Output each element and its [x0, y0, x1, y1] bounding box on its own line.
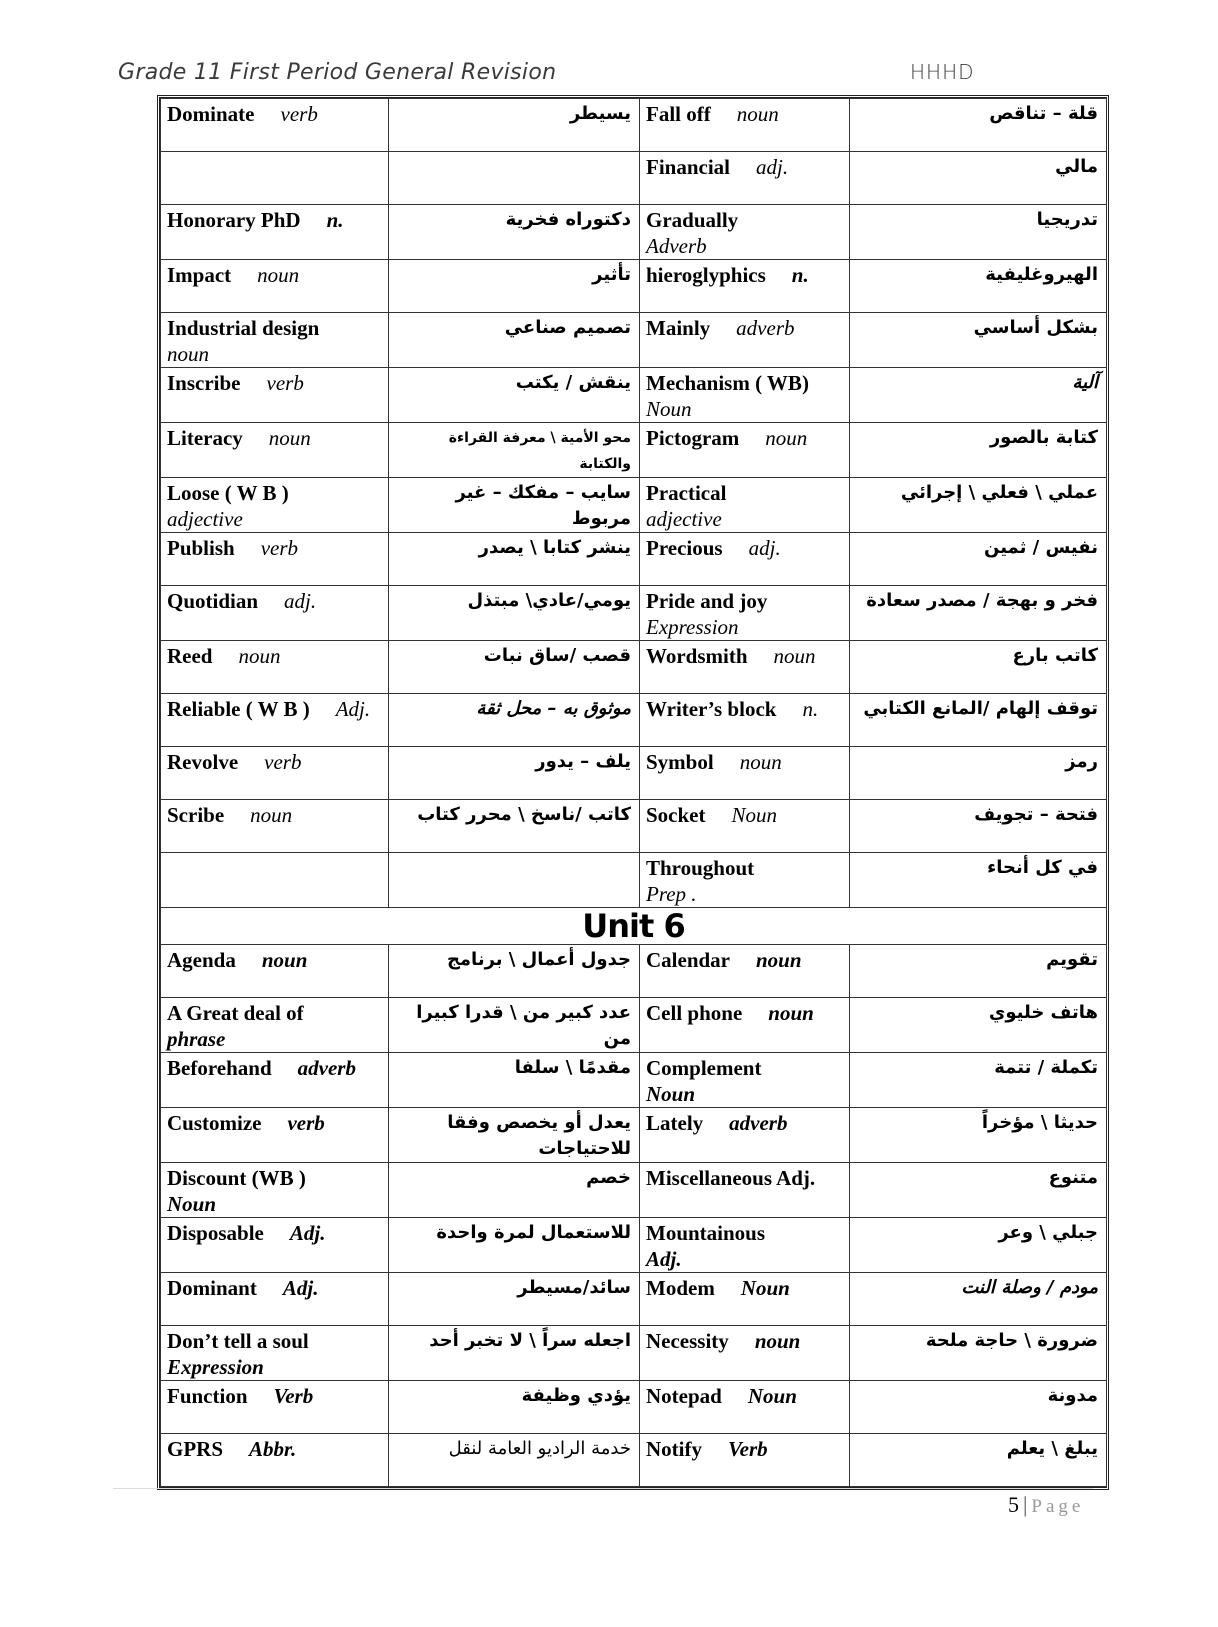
table-row: DominateverbيسيطرFall offnounقلة – تناقص [161, 99, 1107, 152]
unit6-rows: Agendanounجدول أعمال \ برنامجCalendarnou… [161, 945, 1107, 1487]
part-of-speech: verb [287, 1111, 324, 1135]
term-word: Complement [646, 1056, 761, 1080]
table-row: Reednounقصب /ساق نباتWordsmithnounكاتب ب… [161, 641, 1107, 694]
table-row: Revolveverbيلف – يدورSymbolnounرمز [161, 747, 1107, 800]
part-of-speech: adjective [167, 506, 382, 532]
term-word: Financial [646, 155, 730, 179]
term-cell: DominantAdj. [161, 1273, 389, 1326]
arabic-translation: يلف – يدور [389, 747, 640, 800]
term-word: Writer’s block [646, 697, 776, 721]
arabic-translation: عملي \ فعلي \ إجرائي [850, 478, 1107, 533]
term-cell: Necessitynoun [640, 1326, 850, 1381]
part-of-speech: Expression [646, 614, 843, 640]
page-separator: | [1023, 1492, 1027, 1517]
arabic-translation: حديثا \ مؤخراً [850, 1108, 1107, 1163]
term-word: Reliable ( W B ) [167, 697, 310, 721]
part-of-speech: noun [755, 1329, 801, 1353]
arabic-translation: توقف إلهام /المانع الكتابي [850, 694, 1107, 747]
page-header: Grade 11 First Period General Revision H… [118, 60, 998, 90]
arabic-translation: ضرورة \ حاجة ملحة [850, 1326, 1107, 1381]
term-word: Reed [167, 644, 213, 668]
term-cell: Pictogramnoun [640, 423, 850, 478]
vocabulary-table-container: DominateverbيسيطرFall offnounقلة – تناقص… [157, 95, 1109, 1490]
term-word: Customize [167, 1111, 261, 1135]
term-cell [161, 152, 389, 205]
term-cell: Reliable ( W B )Adj. [161, 694, 389, 747]
part-of-speech: noun [269, 426, 311, 450]
arabic-translation: سائد/مسيطر [389, 1273, 640, 1326]
unit-heading: Unit 6 [582, 908, 684, 945]
unit-heading-row-group: Unit 6 [161, 908, 1107, 945]
part-of-speech: phrase [167, 1026, 382, 1052]
term-word: Don’t tell a soul [167, 1329, 309, 1353]
term-cell: SocketNoun [640, 800, 850, 853]
author-initials: HHHD [910, 60, 975, 84]
term-cell: Don’t tell a soulExpression [161, 1326, 389, 1381]
table-row: DominantAdj.سائد/مسيطرModemNounمودم / وص… [161, 1273, 1107, 1326]
part-of-speech: Noun [741, 1276, 790, 1300]
part-of-speech: noun [737, 102, 779, 126]
arabic-translation: خصم [389, 1163, 640, 1218]
unit5-rows: DominateverbيسيطرFall offnounقلة – تناقص… [161, 99, 1107, 908]
table-row: Loose ( W B )adjectiveسايب – مفكك – غير … [161, 478, 1107, 533]
arabic-translation: كاتب /ناسخ \ محرر كتاب [389, 800, 640, 853]
arabic-translation: يومي/عادي\ مبتذل [389, 586, 640, 641]
part-of-speech: noun [262, 948, 308, 972]
term-word: Pride and joy [646, 589, 767, 613]
part-of-speech: Noun [646, 1081, 843, 1107]
table-row: Customizeverbيعدل أو يخصص وفقا للاحتياجا… [161, 1108, 1107, 1163]
part-of-speech: noun [257, 263, 299, 287]
term-cell: NotepadNoun [640, 1381, 850, 1434]
term-cell: Calendarnoun [640, 945, 850, 998]
arabic-translation: آلية [850, 368, 1107, 423]
term-cell: Quotidianadj. [161, 586, 389, 641]
arabic-translation [389, 152, 640, 205]
term-cell: ThroughoutPrep . [640, 853, 850, 908]
term-cell: ComplementNoun [640, 1053, 850, 1108]
arabic-translation: مقدمًا \ سلفا [389, 1053, 640, 1108]
term-cell: Miscellaneous Adj. [640, 1163, 850, 1218]
table-row: Agendanounجدول أعمال \ برنامجCalendarnou… [161, 945, 1107, 998]
part-of-speech: noun [740, 750, 782, 774]
term-cell [161, 853, 389, 908]
arabic-translation: تأثير [389, 260, 640, 313]
term-cell: DisposableAdj. [161, 1218, 389, 1273]
term-cell: Symbolnoun [640, 747, 850, 800]
term-word: Discount (WB ) [167, 1166, 306, 1190]
term-cell: hieroglyphicsn. [640, 260, 850, 313]
arabic-translation: رمز [850, 747, 1107, 800]
term-word: Loose ( W B ) [167, 481, 289, 505]
term-cell: Fall offnoun [640, 99, 850, 152]
arabic-translation: تصميم صناعي [389, 313, 640, 368]
term-word: Gradually [646, 208, 738, 232]
part-of-speech: Noun [167, 1191, 382, 1217]
vocabulary-table: DominateverbيسيطرFall offnounقلة – تناقص… [160, 98, 1107, 1487]
part-of-speech: noun [239, 644, 281, 668]
arabic-translation: ينشر كتابا \ يصدر [389, 533, 640, 586]
part-of-speech: noun [768, 1001, 814, 1025]
part-of-speech: Abbr. [249, 1437, 296, 1461]
term-cell: Pride and joyExpression [640, 586, 850, 641]
table-row: Reliable ( W B )Adj.موثوق به – محل ثقةWr… [161, 694, 1107, 747]
term-cell: Discount (WB )Noun [161, 1163, 389, 1218]
term-word: Socket [646, 803, 706, 827]
term-cell: FunctionVerb [161, 1381, 389, 1434]
arabic-translation: هاتف خليوي [850, 998, 1107, 1053]
term-cell: Mechanism ( WB)Noun [640, 368, 850, 423]
arabic-translation: للاستعمال لمرة واحدة [389, 1218, 640, 1273]
term-cell: MountainousAdj. [640, 1218, 850, 1273]
term-word: Disposable [167, 1221, 264, 1245]
term-word: A Great deal of [167, 1001, 304, 1025]
part-of-speech: n. [327, 208, 344, 232]
arabic-translation: متنوع [850, 1163, 1107, 1218]
arabic-translation: سايب – مفكك – غير مربوط [389, 478, 640, 533]
document-title: Grade 11 First Period General Revision [118, 60, 556, 85]
term-cell: Honorary PhDn. [161, 205, 389, 260]
term-cell: Industrial designnoun [161, 313, 389, 368]
term-cell: Impactnoun [161, 260, 389, 313]
term-cell: Cell phonenoun [640, 998, 850, 1053]
term-word: Revolve [167, 750, 238, 774]
table-row: Inscribeverbينقش / يكتبMechanism ( WB)No… [161, 368, 1107, 423]
term-cell: Dominateverb [161, 99, 389, 152]
part-of-speech: noun [167, 341, 382, 367]
part-of-speech: verb [267, 371, 304, 395]
term-word: Cell phone [646, 1001, 742, 1025]
arabic-translation: قصب /ساق نبات [389, 641, 640, 694]
table-row: Scribenounكاتب /ناسخ \ محرر كتابSocketNo… [161, 800, 1107, 853]
part-of-speech: verb [261, 536, 298, 560]
term-word: GPRS [167, 1437, 223, 1461]
term-word: Lately [646, 1111, 703, 1135]
page-footer: 5|Page [1008, 1492, 1084, 1518]
page-number: 5 [1008, 1492, 1019, 1517]
term-word: Beforehand [167, 1056, 272, 1080]
term-word: Quotidian [167, 589, 258, 613]
arabic-translation: مودم / وصلة النت [850, 1273, 1107, 1326]
part-of-speech: Adj. [283, 1276, 319, 1300]
part-of-speech: Verb [728, 1437, 768, 1461]
unit-heading-row: Unit 6 [161, 908, 1107, 945]
arabic-translation: فتحة – تجويف [850, 800, 1107, 853]
table-row: ThroughoutPrep .في كل أنحاء [161, 853, 1107, 908]
term-word: Honorary PhD [167, 208, 301, 232]
term-cell: Preciousadj. [640, 533, 850, 586]
term-cell: A Great deal ofphrase [161, 998, 389, 1053]
part-of-speech: Expression [167, 1354, 382, 1380]
unit-heading-cell: Unit 6 [161, 908, 1107, 945]
arabic-translation: في كل أنحاء [850, 853, 1107, 908]
term-cell: Reednoun [161, 641, 389, 694]
term-cell: Literacynoun [161, 423, 389, 478]
term-word: Calendar [646, 948, 730, 972]
arabic-translation: اجعله سراً \ لا تخبر أحد [389, 1326, 640, 1381]
term-cell: Beforehandadverb [161, 1053, 389, 1108]
term-cell: ModemNoun [640, 1273, 850, 1326]
term-cell: Practicaladjective [640, 478, 850, 533]
arabic-translation: فخر و بهجة / مصدر سعادة [850, 586, 1107, 641]
term-cell: Mainlyadverb [640, 313, 850, 368]
term-word: Modem [646, 1276, 715, 1300]
table-row: Honorary PhDn.دكتوراه فخريةGraduallyAdve… [161, 205, 1107, 260]
part-of-speech: adverb [298, 1056, 356, 1080]
term-cell: Inscribeverb [161, 368, 389, 423]
term-word: Industrial design [167, 316, 319, 340]
arabic-translation: جدول أعمال \ برنامج [389, 945, 640, 998]
term-cell: Revolveverb [161, 747, 389, 800]
part-of-speech: noun [765, 426, 807, 450]
table-row: Financialadj.مالي [161, 152, 1107, 205]
table-row: Discount (WB )NounخصمMiscellaneous Adj.م… [161, 1163, 1107, 1218]
part-of-speech: Noun [732, 803, 778, 827]
term-word: Impact [167, 263, 231, 287]
part-of-speech: verb [281, 102, 318, 126]
arabic-translation: يبلغ \ يعلم [850, 1434, 1107, 1487]
arabic-translation: تقويم [850, 945, 1107, 998]
term-word: Practical [646, 481, 726, 505]
term-cell: Publishverb [161, 533, 389, 586]
table-row: Literacynounمحو الأمية \ معرفة القراءة و… [161, 423, 1107, 478]
table-row: Industrial designnounتصميم صناعيMainlyad… [161, 313, 1107, 368]
part-of-speech: n. [792, 263, 809, 287]
arabic-translation: كاتب بارع [850, 641, 1107, 694]
table-row: FunctionVerbيؤدي وظيفةNotepadNounمدونة [161, 1381, 1107, 1434]
arabic-translation: مدونة [850, 1381, 1107, 1434]
arabic-translation: يسيطر [389, 99, 640, 152]
arabic-translation: دكتوراه فخرية [389, 205, 640, 260]
term-word: Inscribe [167, 371, 241, 395]
term-cell: NotifyVerb [640, 1434, 850, 1487]
arabic-translation: جبلي \ وعر [850, 1218, 1107, 1273]
term-cell: Latelyadverb [640, 1108, 850, 1163]
part-of-speech: Verb [274, 1384, 314, 1408]
part-of-speech: adj. [284, 589, 316, 613]
table-row: A Great deal ofphraseعدد كبير من \ قدرا … [161, 998, 1107, 1053]
term-cell: Loose ( W B )adjective [161, 478, 389, 533]
term-word: Mechanism ( WB) [646, 371, 809, 395]
term-word: Necessity [646, 1329, 729, 1353]
term-word: Pictogram [646, 426, 739, 450]
term-word: Mainly [646, 316, 710, 340]
part-of-speech: noun [756, 948, 802, 972]
part-of-speech: verb [264, 750, 301, 774]
part-of-speech: adj. [749, 536, 781, 560]
arabic-translation: تكملة / تتمة [850, 1053, 1107, 1108]
part-of-speech: Adj. [646, 1246, 843, 1272]
part-of-speech: noun [774, 644, 816, 668]
term-cell: Scribenoun [161, 800, 389, 853]
table-row: Publishverbينشر كتابا \ يصدرPreciousadj.… [161, 533, 1107, 586]
term-cell: Wordsmithnoun [640, 641, 850, 694]
arabic-translation: يعدل أو يخصص وفقا للاحتياجات [389, 1108, 640, 1163]
term-word: hieroglyphics [646, 263, 766, 287]
table-row: Quotidianadj.يومي/عادي\ مبتذلPride and j… [161, 586, 1107, 641]
part-of-speech: n. [802, 697, 818, 721]
arabic-translation: موثوق به – محل ثقة [389, 694, 640, 747]
term-word: Wordsmith [646, 644, 748, 668]
part-of-speech: noun [250, 803, 292, 827]
term-word: Function [167, 1384, 248, 1408]
part-of-speech: Adverb [646, 233, 843, 259]
term-cell: Agendanoun [161, 945, 389, 998]
part-of-speech: Adj. [336, 697, 370, 721]
term-word: Symbol [646, 750, 714, 774]
arabic-translation: نفيس / ثمين [850, 533, 1107, 586]
part-of-speech: Noun [646, 396, 843, 422]
term-word: Notify [646, 1437, 702, 1461]
arabic-translation [389, 853, 640, 908]
term-word: Notepad [646, 1384, 722, 1408]
arabic-translation: الهيروغليفية [850, 260, 1107, 313]
term-word: Mountainous [646, 1221, 765, 1245]
footer-divider [113, 1488, 1093, 1489]
term-word: Fall off [646, 102, 711, 126]
part-of-speech: adverb [736, 316, 794, 340]
page-label: Page [1031, 1496, 1084, 1517]
term-word: Publish [167, 536, 235, 560]
term-word: Scribe [167, 803, 224, 827]
term-word: Throughout [646, 856, 754, 880]
table-row: Impactnounتأثيرhieroglyphicsn.الهيروغليف… [161, 260, 1107, 313]
term-word: Precious [646, 536, 723, 560]
arabic-translation: قلة – تناقص [850, 99, 1107, 152]
term-word: Literacy [167, 426, 243, 450]
part-of-speech: Adj. [290, 1221, 326, 1245]
arabic-translation: بشكل أساسي [850, 313, 1107, 368]
term-cell: Writer’s blockn. [640, 694, 850, 747]
arabic-translation: عدد كبير من \ قدرا كبيرا من [389, 998, 640, 1053]
part-of-speech: Prep . [646, 881, 843, 907]
table-row: DisposableAdj.للاستعمال لمرة واحدةMounta… [161, 1218, 1107, 1273]
table-row: Don’t tell a soulExpressionاجعله سراً \ … [161, 1326, 1107, 1381]
arabic-translation: تدريجيا [850, 205, 1107, 260]
term-cell: GPRSAbbr. [161, 1434, 389, 1487]
part-of-speech: adjective [646, 506, 843, 532]
table-row: Beforehandadverbمقدمًا \ سلفاComplementN… [161, 1053, 1107, 1108]
term-cell: Customizeverb [161, 1108, 389, 1163]
part-of-speech: Noun [748, 1384, 797, 1408]
term-cell: GraduallyAdverb [640, 205, 850, 260]
arabic-translation: مالي [850, 152, 1107, 205]
part-of-speech: adverb [729, 1111, 787, 1135]
term-word: Agenda [167, 948, 236, 972]
table-row: GPRSAbbr.خدمة الراديو العامة لنقلNotifyV… [161, 1434, 1107, 1487]
arabic-translation: يؤدي وظيفة [389, 1381, 640, 1434]
part-of-speech: adj. [756, 155, 788, 179]
arabic-translation: كتابة بالصور [850, 423, 1107, 478]
term-cell: Financialadj. [640, 152, 850, 205]
term-word: Dominant [167, 1276, 257, 1300]
term-word: Miscellaneous Adj. [646, 1166, 815, 1190]
arabic-translation: ينقش / يكتب [389, 368, 640, 423]
term-word: Dominate [167, 102, 255, 126]
arabic-translation: محو الأمية \ معرفة القراءة والكتابة [389, 423, 640, 478]
arabic-translation: خدمة الراديو العامة لنقل [389, 1434, 640, 1487]
